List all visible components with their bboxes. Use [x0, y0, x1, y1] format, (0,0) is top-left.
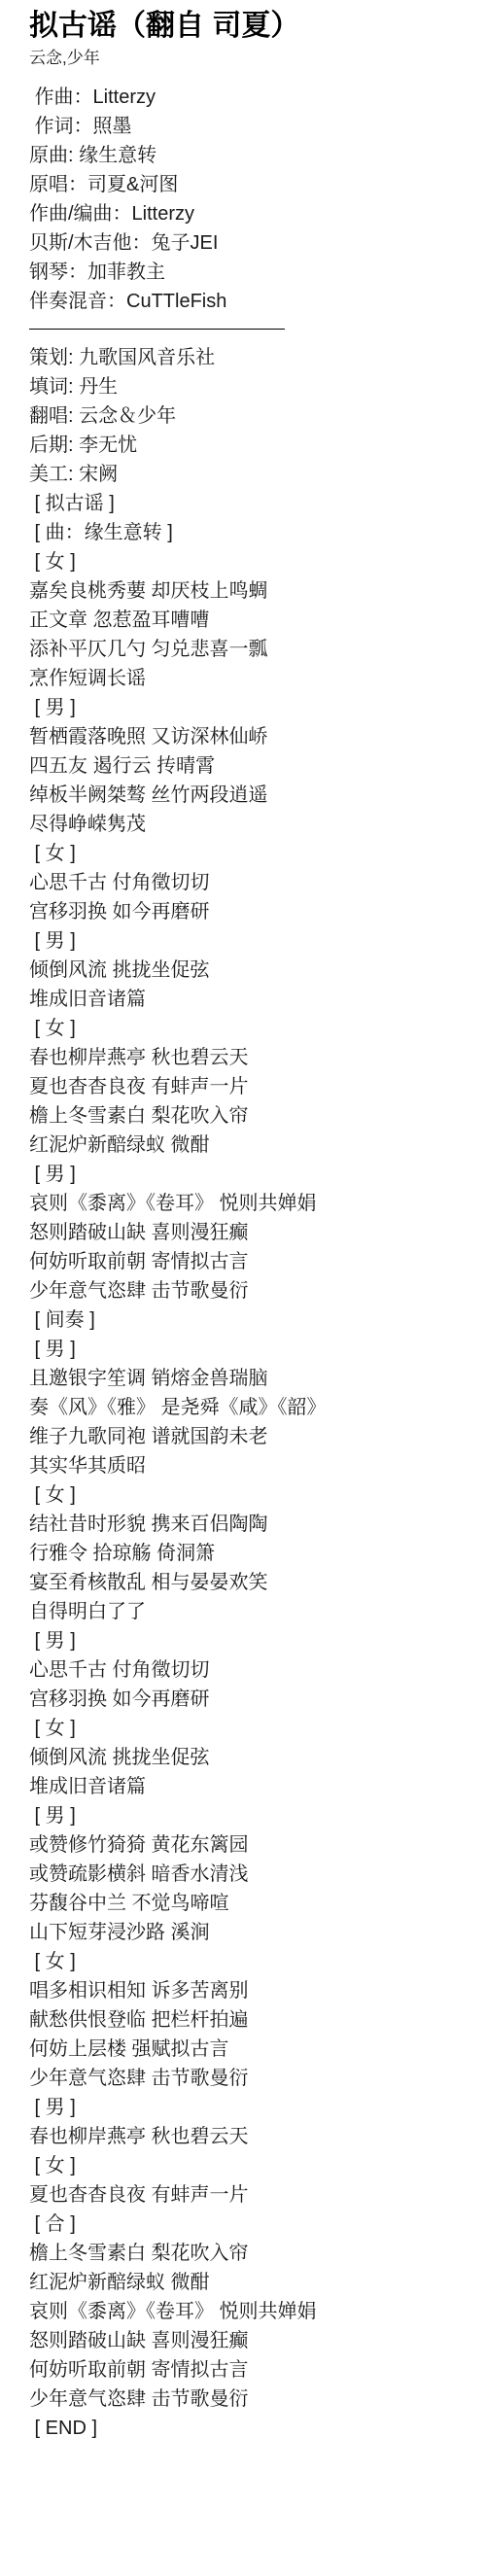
lyric-line: 唱多相识相知 诉多苦离别	[29, 1976, 476, 2005]
lyrics-page: 拟古谣（翻自 司夏） 云念,少年 作曲：Litterzy 作词：照墨原曲: 缘生…	[0, 0, 486, 2443]
lyric-line: 心思千古 付角徵切切	[29, 868, 476, 897]
lyric-line: 何妨上层楼 强赋拟古言	[29, 2035, 476, 2064]
lyric-line: 宫移羽换 如今再磨研	[29, 1685, 476, 1714]
lyric-line: 维子九歌同袍 谱就国韵未老	[29, 1422, 476, 1451]
lyric-line: [ 女 ]	[29, 1714, 476, 1743]
lyric-line: 宴至肴核散乱 相与晏晏欢笑	[29, 1568, 476, 1597]
lyric-line: 结社昔时形貌 携来百侣陶陶	[29, 1510, 476, 1539]
lyric-line: 春也柳岸燕亭 秋也碧云天	[29, 2122, 476, 2151]
credit-line: 作词：照墨	[29, 112, 476, 141]
lyric-line: [ 男 ]	[29, 926, 476, 956]
lyric-line: 宫移羽换 如今再磨研	[29, 897, 476, 926]
lyric-line: 策划: 九歌国风音乐社	[29, 343, 476, 372]
lyric-line: 且邀银字笙调 销熔金兽瑞脑	[29, 1364, 476, 1393]
lyric-line: 绰板半阙桀骜 丝竹两段逍遥	[29, 781, 476, 810]
lyric-line: 哀则《黍离》《卷耳》 悦则共婵娟	[29, 2297, 476, 2326]
lyric-line: [ 女 ]	[29, 1014, 476, 1043]
lyric-line: 或赞修竹猗猗 黄花东篱园	[29, 1830, 476, 1860]
lyric-line: [ 男 ]	[29, 1160, 476, 1189]
lyric-line: 怒则踏破山缺 喜则漫狂癫	[29, 2326, 476, 2355]
lyric-line: 美工: 宋阙	[29, 460, 476, 489]
lyric-line: 夏也杳杳良夜 有蚌声一片	[29, 2180, 476, 2210]
lyric-line: [ 男 ]	[29, 1626, 476, 1655]
lyric-line: 檐上冬雪素白 梨花吹入帘	[29, 2239, 476, 2268]
lyric-line: [ 女 ]	[29, 547, 476, 576]
lyric-line: 山下短芽浸沙路 溪涧	[29, 1918, 476, 1947]
lyric-line: 檐上冬雪素白 梨花吹入帘	[29, 1101, 476, 1131]
credit-line: 钢琴：加菲教主	[29, 258, 476, 287]
lyric-line: [ 男 ]	[29, 1801, 476, 1830]
lyric-line: 夏也杳杳良夜 有蚌声一片	[29, 1072, 476, 1101]
lyric-line: 行雅令 拾琼觞 倚洞箫	[29, 1539, 476, 1568]
lyric-line: [ 男 ]	[29, 2093, 476, 2122]
lyric-line: [ 男 ]	[29, 1335, 476, 1364]
lyric-line: 倾倒风流 挑拢坐促弦	[29, 1743, 476, 1772]
credit-line: 原唱：司夏&河图	[29, 170, 476, 199]
lyric-line: 少年意气恣肆 击节歌曼衍	[29, 1276, 476, 1305]
lyric-line: 尽得峥嵘隽茂	[29, 810, 476, 839]
lyric-line: [ 合 ]	[29, 2210, 476, 2239]
credit-line: 作曲：Litterzy	[29, 83, 476, 112]
credit-line: 伴奏混音：CuTTleFish	[29, 287, 476, 316]
lyric-line: 添补平仄几勺 匀兑悲喜一瓢	[29, 635, 476, 664]
lyric-line: [ 男 ]	[29, 693, 476, 722]
credit-line: 作曲/编曲：Litterzy	[29, 199, 476, 228]
lyric-line: 献愁供恨登临 把栏杆拍遍	[29, 2005, 476, 2035]
lyric-line: 倾倒风流 挑拢坐促弦	[29, 956, 476, 985]
lyric-line: 怒则踏破山缺 喜则漫狂癫	[29, 1218, 476, 1247]
lyric-line: 自得明白了了	[29, 1597, 476, 1626]
lyric-line: 翻唱: 云念＆少年	[29, 401, 476, 431]
artist-name: 云念,少年	[29, 48, 476, 69]
lyric-line: [ 间奏 ]	[29, 1305, 476, 1335]
lyric-line: 春也柳岸燕亭 秋也碧云天	[29, 1043, 476, 1072]
credit-line: 原曲: 缘生意转	[29, 141, 476, 170]
lyric-line: 何妨听取前朝 寄情拟古言	[29, 2355, 476, 2385]
lyric-line: 其实华其质昭	[29, 1451, 476, 1480]
lyric-line: 芬馥谷中兰 不觉鸟啼喧	[29, 1889, 476, 1918]
credits-block: 作曲：Litterzy 作词：照墨原曲: 缘生意转原唱：司夏&河图作曲/编曲：L…	[29, 83, 476, 316]
lyric-line: 填词: 丹生	[29, 372, 476, 401]
lyric-line: 正文章 忽惹盈耳嘈嘈	[29, 606, 476, 635]
lyric-line: [ 女 ]	[29, 839, 476, 868]
lyric-line: 或赞疏影横斜 暗香水清浅	[29, 1860, 476, 1889]
lyric-line: 哀则《黍离》《卷耳》 悦则共婵娟	[29, 1189, 476, 1218]
lyric-line: 四五友 遏行云 抟晴霄	[29, 751, 476, 781]
lyric-line: 少年意气恣肆 击节歌曼衍	[29, 2385, 476, 2414]
lyric-line: [ 女 ]	[29, 2151, 476, 2180]
lyric-line: 烹作短调长谣	[29, 664, 476, 693]
lyric-line: 红泥炉新醅绿蚁 微酣	[29, 2268, 476, 2297]
lyric-line: 奏《风》《雅》 是尧舜《咸》《韶》	[29, 1393, 476, 1422]
lyrics-block: 策划: 九歌国风音乐社填词: 丹生翻唱: 云念＆少年后期: 李无忧美工: 宋阙 …	[29, 343, 476, 2443]
lyric-line: 红泥炉新醅绿蚁 微酣	[29, 1131, 476, 1160]
divider-line	[29, 329, 285, 330]
lyric-line: 后期: 李无忧	[29, 431, 476, 460]
page-title: 拟古谣（翻自 司夏）	[29, 8, 476, 45]
lyric-line: 暂栖霞落晚照 又访深林仙峤	[29, 722, 476, 751]
lyric-line: 嘉矣良桃秀葽 却厌枝上鸣蜩	[29, 576, 476, 606]
lyric-line: [ 女 ]	[29, 1480, 476, 1510]
lyric-line: [ 曲：缘生意转 ]	[29, 518, 476, 547]
lyric-line: 何妨听取前朝 寄情拟古言	[29, 1247, 476, 1276]
lyric-line: 少年意气恣肆 击节歌曼衍	[29, 2064, 476, 2093]
lyric-line: 心思千古 付角徵切切	[29, 1655, 476, 1685]
lyric-line: [ END ]	[29, 2414, 476, 2443]
lyric-line: 堆成旧音诸篇	[29, 1772, 476, 1801]
lyric-line: [ 女 ]	[29, 1947, 476, 1976]
lyric-line: 堆成旧音诸篇	[29, 985, 476, 1014]
credit-line: 贝斯/木吉他：兔子JEI	[29, 228, 476, 258]
lyric-line: [ 拟古谣 ]	[29, 489, 476, 518]
